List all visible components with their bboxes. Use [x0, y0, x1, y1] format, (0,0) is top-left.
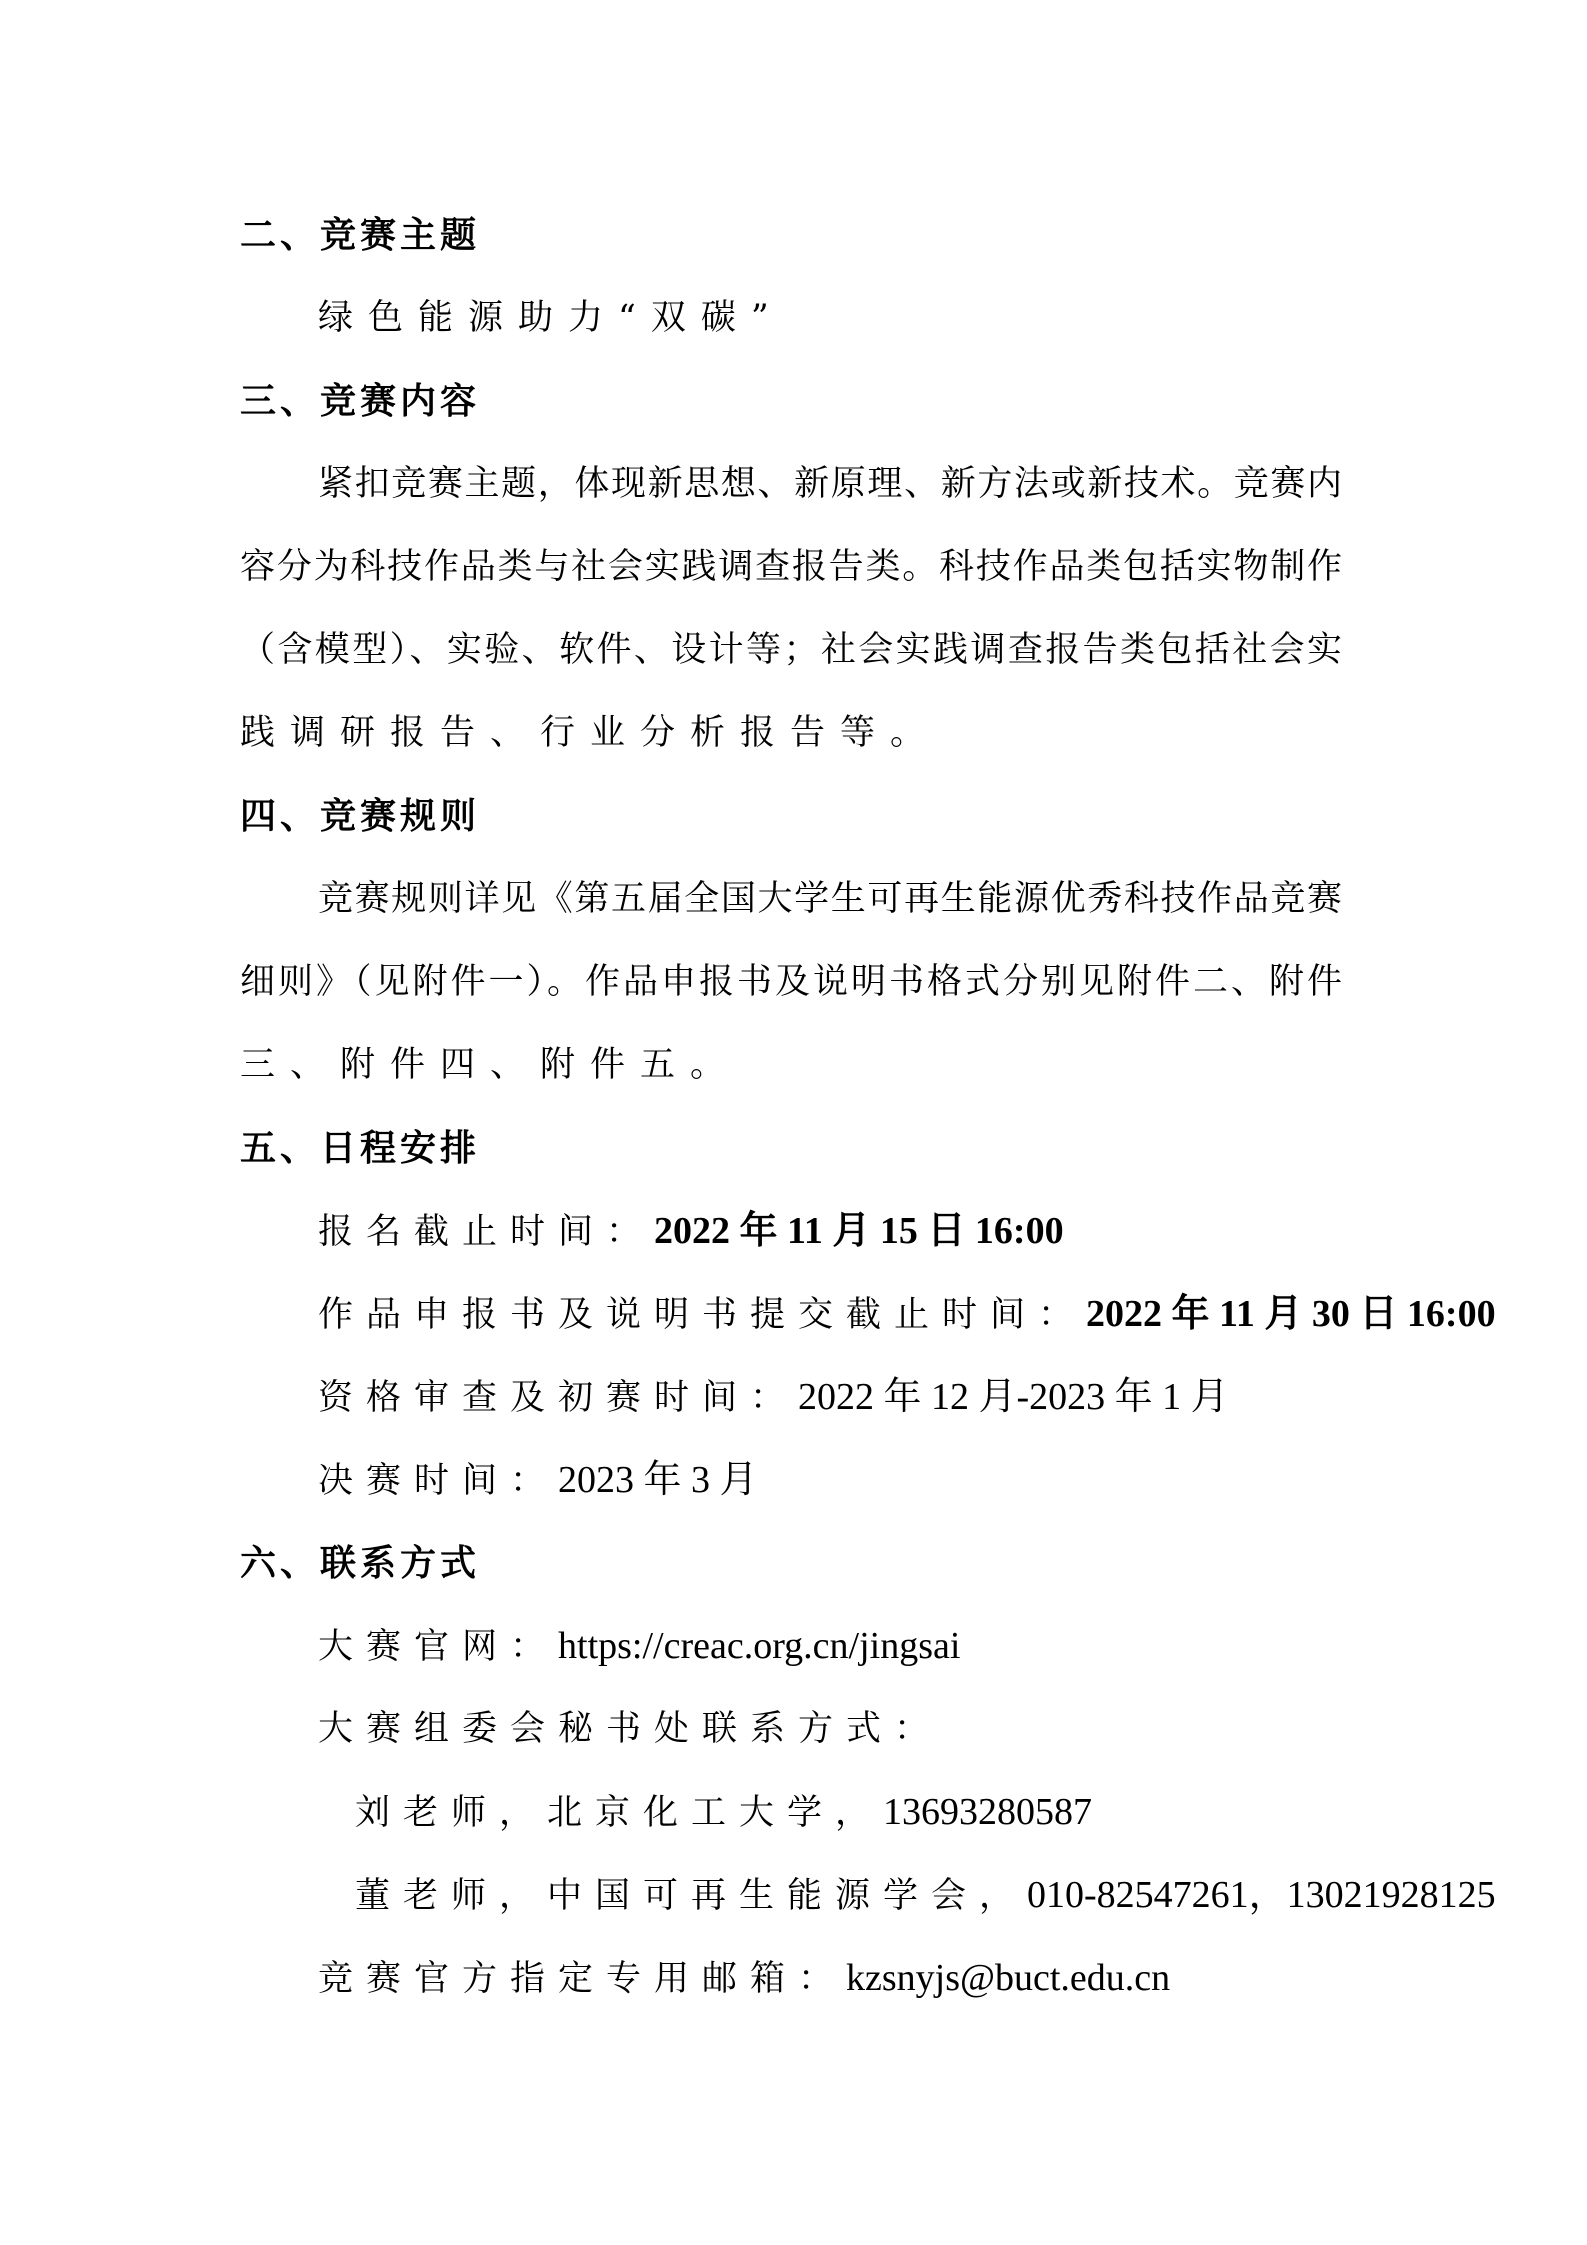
content-line-3: （含模型）、实验、软件、设计等；社会实践调查报告类包括社会实	[240, 609, 1342, 692]
content-line-2: 容分为科技作品类与社会实践调查报告类。科技作品类包括实物制作	[240, 526, 1342, 609]
website-link[interactable]: https://creac.org.cn/jingsai	[558, 1625, 960, 1667]
content-line-4: 践调研报告、行业分析报告等。	[240, 692, 1342, 775]
section-heading-content: 三、竞赛内容	[240, 360, 1342, 443]
website-label: 大赛官网：	[318, 1627, 558, 1667]
section-heading-rules: 四、竞赛规则	[240, 775, 1342, 858]
document-page: 二、竞赛主题 绿色能源助力“双碳” 三、竞赛内容 紧扣竞赛主题，体现新思想、新原…	[240, 194, 1342, 2020]
contact-liu: 刘老师，北京化工大学，13693280587	[240, 1771, 1342, 1854]
email-address[interactable]: kzsnyjs@buct.edu.cn	[846, 1957, 1170, 1999]
theme-text: 绿色能源助力“双碳”	[240, 277, 1342, 360]
secretariat-label: 大赛组委会秘书处联系方式：	[240, 1688, 1342, 1771]
section-heading-schedule: 五、日程安排	[240, 1107, 1342, 1190]
schedule-item-preliminary: 资格审查及初赛时间：2022 年 12 月-2023 年 1 月	[240, 1356, 1342, 1439]
rules-line-2: 细则》（见附件一）。作品申报书及说明书格式分别见附件二、附件	[240, 941, 1342, 1024]
content-line-1: 紧扣竞赛主题，体现新思想、新原理、新方法或新技术。竞赛内	[240, 443, 1342, 526]
rules-line-3: 三、附件四、附件五。	[240, 1024, 1342, 1107]
schedule-value: 2023 年 3 月	[558, 1459, 758, 1501]
schedule-item-submission: 作品申报书及说明书提交截止时间：2022 年 11 月 30 日 16:00	[240, 1273, 1342, 1356]
email-label: 竞赛官方指定专用邮箱：	[318, 1959, 846, 1999]
email-line: 竞赛官方指定专用邮箱：kzsnyjs@buct.edu.cn	[240, 1937, 1342, 2020]
schedule-item-registration: 报名截止时间：2022 年 11 月 15 日 16:00	[240, 1190, 1342, 1273]
schedule-label: 作品申报书及说明书提交截止时间：	[318, 1295, 1086, 1335]
contact-phone: 13693280587	[883, 1791, 1092, 1833]
contact-dong: 董老师，中国可再生能源学会，010-82547261，13021928125	[240, 1854, 1342, 1937]
website-line: 大赛官网：https://creac.org.cn/jingsai	[240, 1605, 1342, 1688]
schedule-value: 2022 年 12 月-2023 年 1 月	[798, 1376, 1229, 1418]
contact-phone: 010-82547261，13021928125	[1027, 1874, 1496, 1916]
schedule-label: 资格审查及初赛时间：	[318, 1378, 798, 1418]
schedule-label: 决赛时间：	[318, 1461, 558, 1501]
schedule-item-final: 决赛时间：2023 年 3 月	[240, 1439, 1342, 1522]
contact-name: 刘老师，北京化工大学，	[355, 1793, 883, 1833]
contact-name: 董老师，中国可再生能源学会，	[355, 1876, 1027, 1916]
section-heading-theme: 二、竞赛主题	[240, 194, 1342, 277]
schedule-value: 2022 年 11 月 30 日 16:00	[1086, 1293, 1496, 1335]
schedule-value: 2022 年 11 月 15 日 16:00	[654, 1210, 1064, 1252]
schedule-label: 报名截止时间：	[318, 1212, 654, 1252]
section-heading-contact: 六、联系方式	[240, 1522, 1342, 1605]
rules-line-1: 竞赛规则详见《第五届全国大学生可再生能源优秀科技作品竞赛	[240, 858, 1342, 941]
